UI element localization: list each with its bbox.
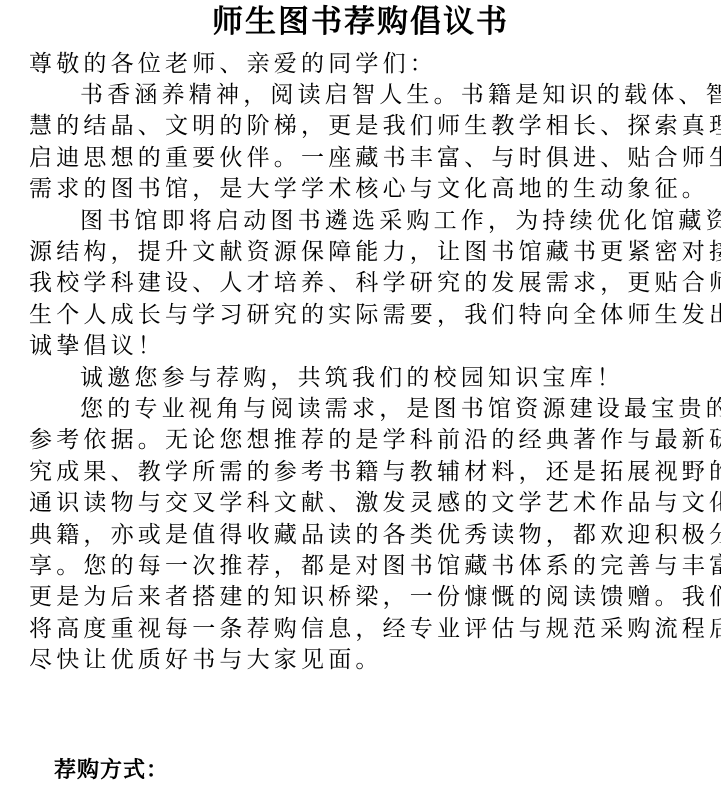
paragraph-line: 生个人成长与学习研究的实际需要，我们特向全体师生发出: [29, 300, 709, 331]
paragraph-line: 图书馆即将启动图书遴选采购工作，为持续优化馆藏资: [80, 206, 721, 237]
line-text: 究成果、教学所需的参考书籍与教辅材料，还是拓展视野的: [29, 459, 721, 485]
paragraph-line: 诚邀您参与荐购，共筑我们的校园知识宝库！: [80, 363, 721, 394]
paragraph-line: 享。您的每一次推荐，都是对图书馆藏书体系的完善与丰富，: [29, 551, 709, 582]
line-text: 我校学科建设、人才培养、科学研究的发展需求，更贴合师: [29, 270, 721, 296]
paragraph-line: 我校学科建设、人才培养、科学研究的发展需求，更贴合师: [29, 268, 709, 299]
paragraph-line: 慧的结晶、文明的阶梯，更是我们师生教学相长、探索真理、: [29, 111, 709, 142]
line-text: 享。您的每一次推荐，都是对图书馆藏书体系的完善与丰富，: [29, 553, 721, 579]
line-text: 启迪思想的重要伙伴。一座藏书丰富、与时俱进、贴合师生: [29, 145, 721, 171]
line-text: 您的专业视角与阅读需求，是图书馆资源建设最宝贵的: [80, 396, 721, 422]
paragraph-line: 您的专业视角与阅读需求，是图书馆资源建设最宝贵的: [80, 394, 721, 425]
line-text: 典籍，亦或是值得收藏品读的各类优秀读物，都欢迎积极分: [29, 522, 721, 548]
paragraph-line: 通识读物与交叉学科文献、激发灵感的文学艺术作品与文化: [29, 488, 709, 519]
paragraph-line: 源结构，提升文献资源保障能力，让图书馆藏书更紧密对接: [29, 237, 709, 268]
paragraph-line: 尽快让优质好书与大家见面。: [29, 645, 709, 676]
line-text: 参考依据。无论您想推荐的是学科前沿的经典著作与最新研: [29, 427, 721, 453]
document-title: 师生图书荐购倡议书: [0, 2, 721, 42]
line-text: 图书馆即将启动图书遴选采购工作，为持续优化馆藏资: [80, 208, 721, 234]
line-text: 更是为后来者搭建的知识桥梁，一份慷慨的阅读馈赠。我们: [29, 584, 721, 610]
paragraph-line: 更是为后来者搭建的知识桥梁，一份慷慨的阅读馈赠。我们: [29, 582, 709, 613]
line-text: 诚挚倡议！: [29, 333, 165, 359]
line-text: 生个人成长与学习研究的实际需要，我们特向全体师生发出: [29, 302, 721, 328]
line-text: 通识读物与交叉学科文献、激发灵感的文学艺术作品与文化: [29, 490, 721, 516]
line-text: 源结构，提升文献资源保障能力，让图书馆藏书更紧密对接: [29, 239, 721, 265]
paragraph-line: 参考依据。无论您想推荐的是学科前沿的经典著作与最新研: [29, 425, 709, 456]
paragraph-line: 诚挚倡议！: [29, 331, 709, 362]
salutation: 尊敬的各位老师、亲爱的同学们：: [29, 49, 709, 80]
paragraph-line: 究成果、教学所需的参考书籍与教辅材料，还是拓展视野的: [29, 457, 709, 488]
line-text: 需求的图书馆，是大学学术核心与文化高地的生动象征。: [29, 176, 709, 202]
line-text: 尽快让优质好书与大家见面。: [29, 647, 383, 673]
line-text: 慧的结晶、文明的阶梯，更是我们师生教学相长、探索真理、: [29, 113, 721, 139]
line-text: 书香涵养精神，阅读启智人生。书籍是知识的载体、智: [80, 82, 721, 108]
section-heading-recommend-method: 荐购方式：: [54, 755, 169, 786]
paragraph-line: 启迪思想的重要伙伴。一座藏书丰富、与时俱进、贴合师生: [29, 143, 709, 174]
line-text: 将高度重视每一条荐购信息，经专业评估与规范采购流程后，: [29, 616, 721, 642]
line-text: 诚邀您参与荐购，共筑我们的校园知识宝库！: [80, 365, 624, 391]
paragraph-line: 需求的图书馆，是大学学术核心与文化高地的生动象征。: [29, 174, 709, 205]
paragraph-line: 将高度重视每一条荐购信息，经专业评估与规范采购流程后，: [29, 614, 709, 645]
paragraph-line: 典籍，亦或是值得收藏品读的各类优秀读物，都欢迎积极分: [29, 520, 709, 551]
paragraph-line: 书香涵养精神，阅读启智人生。书籍是知识的载体、智: [80, 80, 721, 111]
